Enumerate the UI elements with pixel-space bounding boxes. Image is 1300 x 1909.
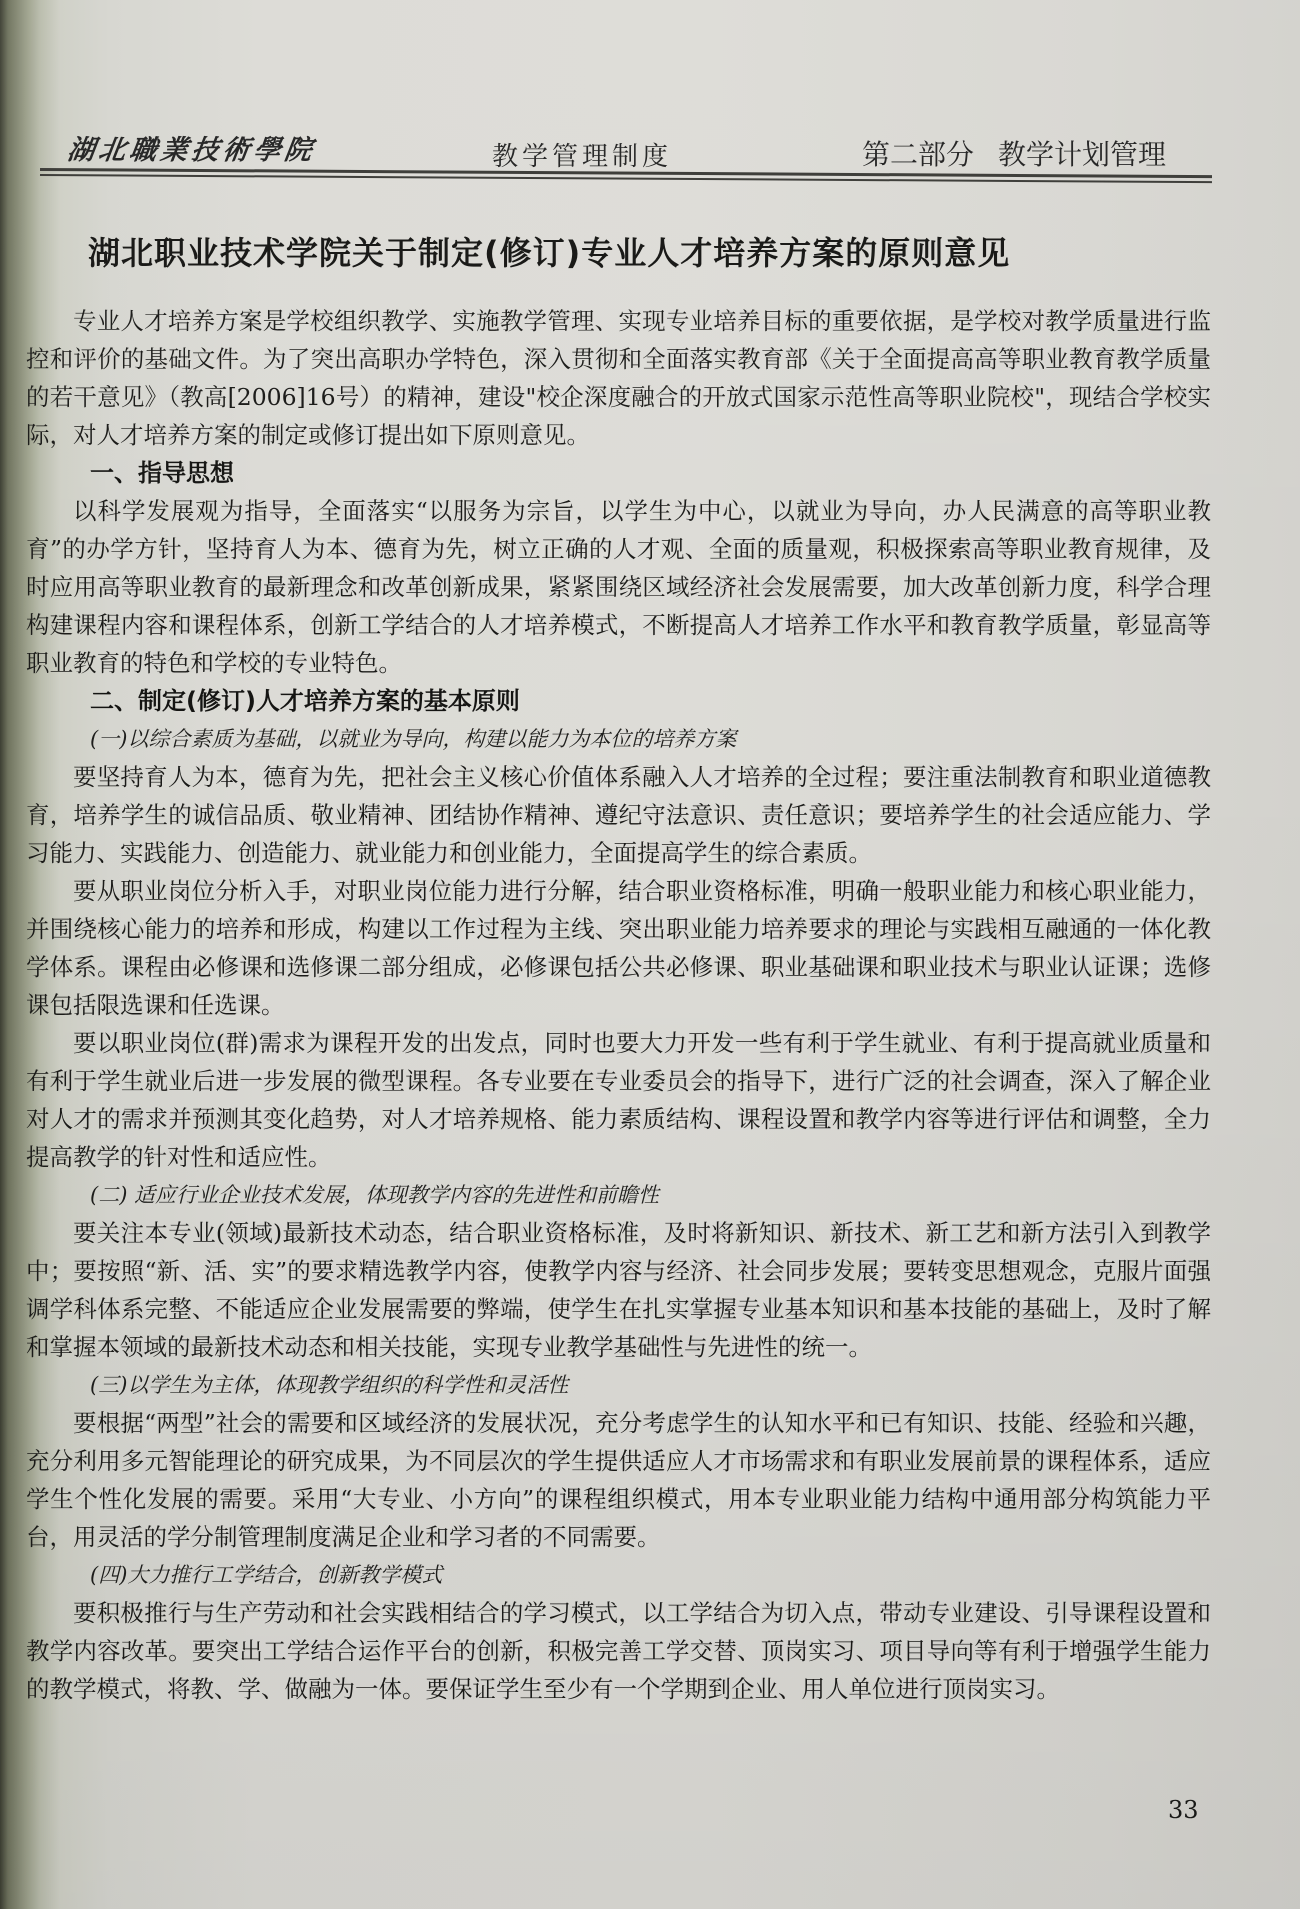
paragraph: 要以职业岗位(群)需求为课程开发的出发点，同时也要大力开发一些有利于学生就业、有…: [26, 1024, 1211, 1176]
running-header: 湖北職業技術學院 教学管理制度 第二部分教学计划管理: [62, 128, 1212, 168]
subsection-heading-4: (四)大力推行工学结合，创新教学模式: [26, 1556, 1211, 1594]
section-heading-guiding-ideology: 一、指导思想: [26, 454, 1211, 492]
paragraph: 要关注本专业(领域)最新技术动态，结合职业资格标准，及时将新知识、新技术、新工艺…: [26, 1214, 1211, 1366]
article-body: 专业人才培养方案是学校组织教学、实施教学管理、实现专业培养目标的重要依据，是学校…: [26, 302, 1211, 1708]
paragraph: 以科学发展观为指导，全面落实“以服务为宗旨，以学生为中心，以就业为导向，办人民满…: [26, 492, 1211, 682]
subsection-heading-1: (一)以综合素质为基础，以就业为导向，构建以能力为本位的培养方案: [26, 720, 1211, 758]
section-heading-basic-principles: 二、制定(修订)人才培养方案的基本原则: [26, 682, 1211, 720]
intro-paragraph: 专业人才培养方案是学校组织教学、实施教学管理、实现专业培养目标的重要依据，是学校…: [26, 302, 1211, 454]
subsection-heading-2: (二) 适应行业企业技术发展，体现教学内容的先进性和前瞻性: [26, 1176, 1211, 1214]
subsection-heading-3: (三)以学生为主体，体现教学组织的科学性和灵活性: [26, 1366, 1211, 1404]
paragraph: 要根据“两型”社会的需要和区域经济的发展状况，充分考虑学生的认知水平和已有知识、…: [26, 1404, 1211, 1556]
article-title: 湖北职业技术学院关于制定(修订)专业人才培养方案的原则意见: [88, 228, 1010, 274]
document-page: 湖北職業技術學院 教学管理制度 第二部分教学计划管理 湖北职业技术学院关于制定(…: [0, 0, 1300, 1909]
page-number: 33: [1168, 1796, 1199, 1824]
paragraph: 要积极推行与生产劳动和社会实践相结合的学习模式，以工学结合为切入点，带动专业建设…: [26, 1594, 1211, 1708]
part-title: 教学计划管理: [998, 138, 1166, 171]
section-name: 教学管理制度: [492, 136, 672, 173]
paragraph: 要坚持育人为本，德育为先，把社会主义核心价值体系融入人才培养的全过程；要注重法制…: [26, 758, 1211, 872]
school-logo: 湖北職業技術學院: [65, 128, 318, 167]
paragraph: 要从职业岗位分析入手，对职业岗位能力进行分解，结合职业资格标准，明确一般职业能力…: [26, 872, 1211, 1024]
part-name: 第二部分教学计划管理: [862, 133, 1166, 173]
part-number: 第二部分: [862, 138, 974, 171]
